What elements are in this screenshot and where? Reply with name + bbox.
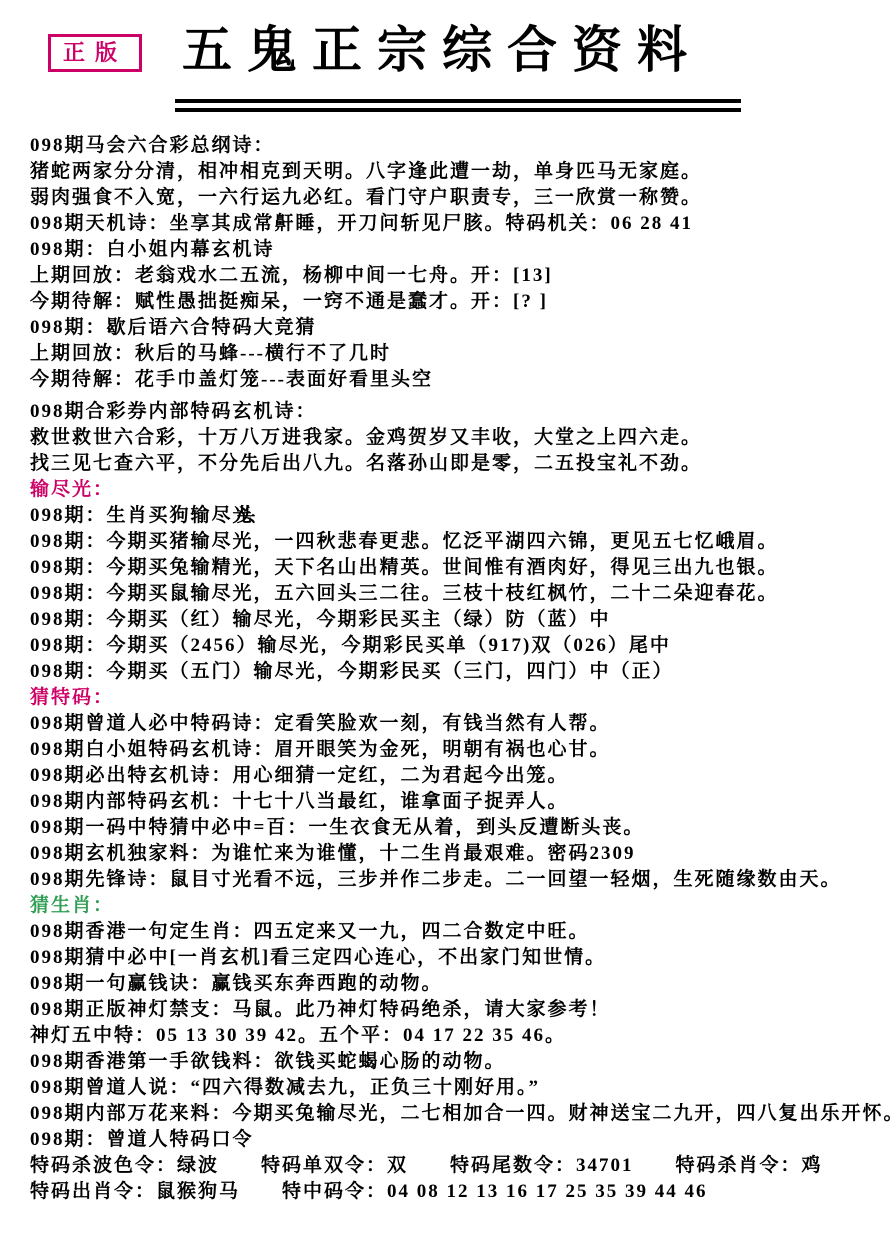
- text-line: 098期玄机独家料：为谁忙来为谁懂，十二生肖最艰难。密码2309: [30, 841, 878, 867]
- text-line: 猪蛇两家分分清，相冲相克到天明。八字逢此遭一劫，单身匹马无家庭。: [30, 159, 878, 185]
- text-line: 098期内部万花来料：今期买兔输尽光，二七相加合一四。财神送宝二九开，四八复出乐…: [30, 1101, 878, 1127]
- text-line: 神灯五中特：05 13 30 39 42。五个平：04 17 22 35 46。: [30, 1023, 878, 1049]
- text-line: 098期天机诗：坐享其成常鼾睡，开刀问斩见尸胲。特码机关：06 28 41: [30, 211, 878, 237]
- text-line: 特码杀波色令：绿波 特码单双令：双 特码尾数令：34701 特码杀肖令：鸡: [30, 1153, 878, 1179]
- text-line: 弱肉强食不入宽，一六行运九必红。看门守户职责专，三一欣赏一称赞。: [30, 185, 878, 211]
- text-line: 098期合彩券内部特码玄机诗：: [30, 399, 878, 425]
- text-line: 上期回放：老翁戏水二五流，杨柳中间一七舟。开：[13]: [30, 263, 878, 289]
- text-line: 098期曾道人必中特码诗：定看笑脸欢一刻，有钱当然有人帮。: [30, 711, 878, 737]
- section-caitema: 猜特码：: [30, 685, 878, 711]
- text-fragment: 098期：生肖买狗输尽: [30, 505, 233, 526]
- text-line: 098期先锋诗：鼠目寸光看不远，三步并作二步走。二一回望一轻烟，生死随缘数由天。: [30, 867, 878, 893]
- text-line: 上期回放：秋后的马蜂---横行不了几时: [30, 341, 878, 367]
- text-line: 098期：今期买（五门）输尽光，今期彩民买（三门，四门）中（正）: [30, 659, 878, 685]
- text-line: 098期：今期买猪输尽光，一四秋悲春更悲。忆泛平湖四六锦，更见五七忆峨眉。: [30, 529, 878, 555]
- text-line: 098期白小姐特码玄机诗：眉开眼笑为金死，明朝有祸也心甘。: [30, 737, 878, 763]
- text-line: 098期一句赢钱诀：赢钱买东奔西跑的动物。: [30, 971, 878, 997]
- text-line: 找三见七查六平，不分先后出八九。名落孙山即是零，二五投宝礼不劲。: [30, 451, 878, 477]
- text-line: 今期待解：花手巾盖灯笼---表面好看里头空: [30, 367, 878, 393]
- text-line: 098期一码中特猜中必中=百：一生衣食无从着，到头反遭断头丧。: [30, 815, 878, 841]
- text-line: 098期：今期买（红）输尽光，今期彩民买主（绿）防（蓝）中: [30, 607, 878, 633]
- text-line: 098期：今期买（2456）输尽光，今期彩民买单（917)双（026）尾中: [30, 633, 878, 659]
- text-line: 098期：今期买兔输精光，天下名山出精英。世间惟有酒肉好，得见三出九也银。: [30, 555, 878, 581]
- section-caishengxiao: 猜生肖：: [30, 893, 878, 919]
- section-shujinguang: 输尽光：: [30, 477, 878, 503]
- text-line: 098期内部特码玄机：十七十八当最红，谁拿面子捉弄人。: [30, 789, 878, 815]
- garbled-glyphs: 光头: [233, 503, 241, 529]
- title-underline: [175, 99, 741, 112]
- text-line: 098期正版神灯禁支：马鼠。此乃神灯特码绝杀，请大家参考！: [30, 997, 878, 1023]
- text-line: 098期：今期买鼠输尽光，五六回头三二往。三枝十枝红枫竹，二十二朵迎春花。: [30, 581, 878, 607]
- page-title: 五鬼正宗综合资料: [182, 10, 702, 82]
- text-line: 098期曾道人说：“四六得数减去九，正负三十刚好用。”: [30, 1075, 878, 1101]
- text-line: 今期待解：赋性愚拙挺痴呆，一窍不通是蠢才。开：[? ]: [30, 289, 878, 315]
- text-line: 救世救世六合彩，十万八万进我家。金鸡贺岁又丰收，大堂之上四六走。: [30, 425, 878, 451]
- text-line: 098期：歇后语六合特码大竞猜: [30, 315, 878, 341]
- text-line: 特码出肖令：鼠猴狗马 特中码令：04 08 12 13 16 17 25 35 …: [30, 1179, 878, 1205]
- text-line: 098期香港一句定生肖：四五定来又一九，四二合数定中旺。: [30, 919, 878, 945]
- text-line: 098期香港第一手欲钱料：欲钱买蛇蝎心肠的动物。: [30, 1049, 878, 1075]
- text-line: 098期：白小姐内幕玄机诗: [30, 237, 878, 263]
- content: 098期马会六合彩总纲诗：猪蛇两家分分清，相冲相克到天明。八字逢此遭一劫，单身匹…: [30, 133, 878, 1205]
- text-line: 098期马会六合彩总纲诗：: [30, 133, 878, 159]
- text-line: 098期必出特玄机诗：用心细猜一定红，二为君起今出笼。: [30, 763, 878, 789]
- text-line: 098期：曾道人特码口令: [30, 1127, 878, 1153]
- text-line: 098期猜中必中[一肖玄机]看三定四心连心，不出家门知世情。: [30, 945, 878, 971]
- authentic-badge: 正版: [48, 34, 142, 72]
- badge-label: 正版: [63, 40, 127, 66]
- text-line: 098期：生肖买狗输尽光头: [30, 503, 878, 529]
